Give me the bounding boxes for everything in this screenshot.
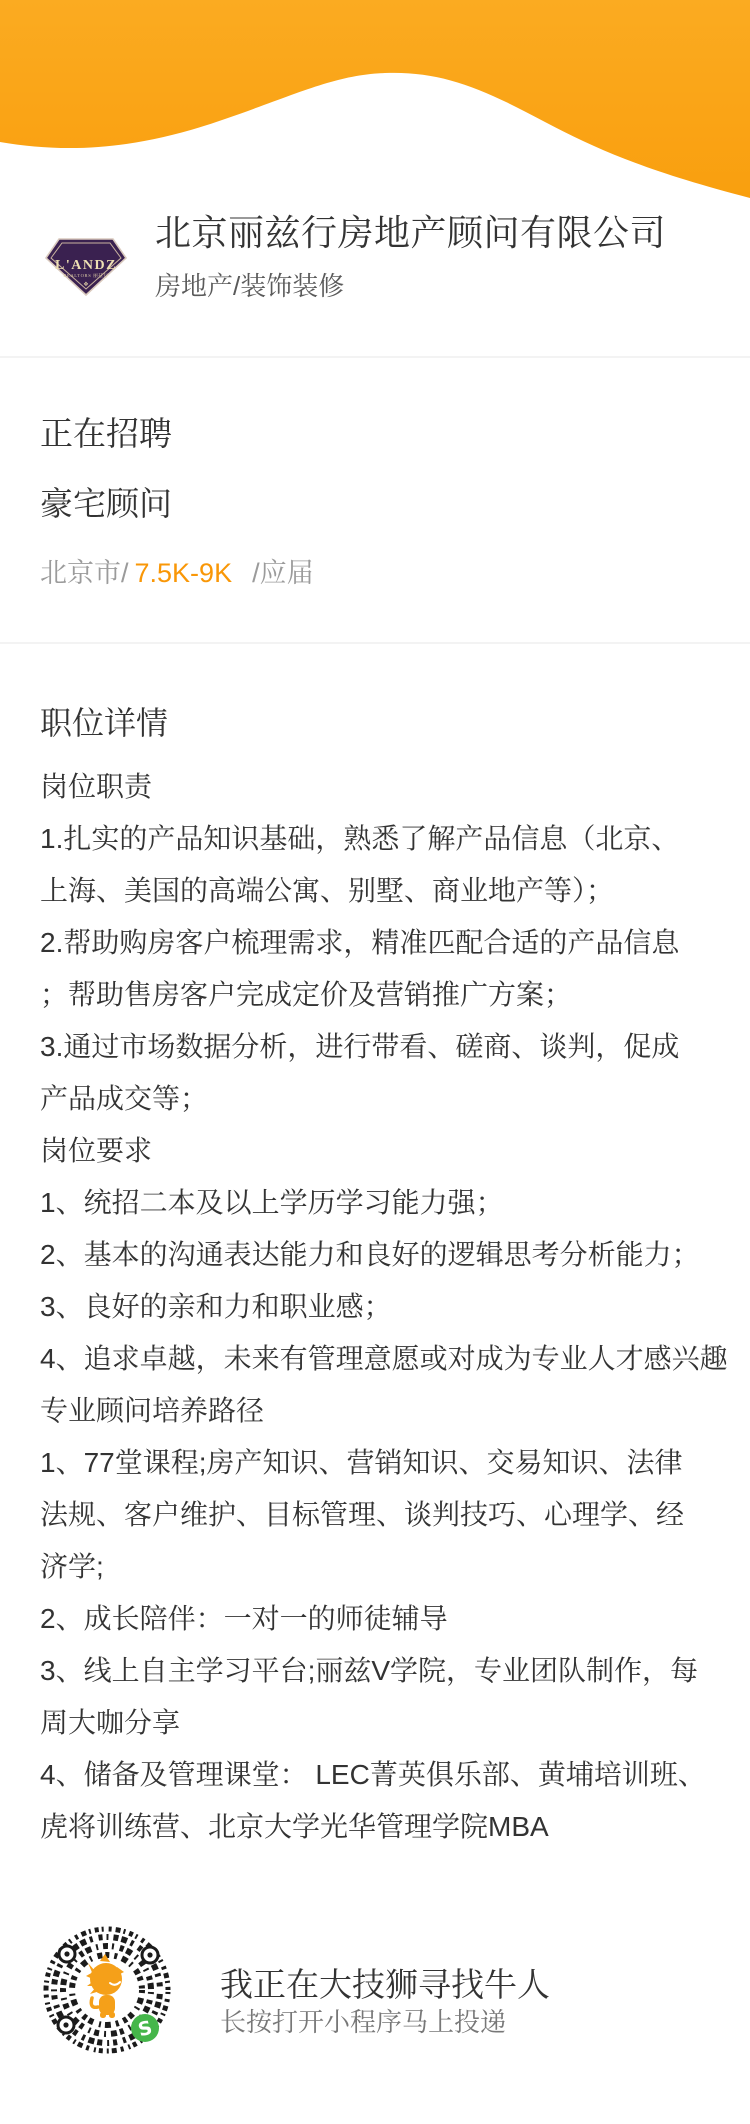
hiring-section-label: 正在招聘 — [40, 408, 172, 455]
section-divider — [0, 356, 750, 358]
wechat-miniprogram-qr-code[interactable]: S — [42, 1925, 172, 2055]
job-city: 北京市/ — [40, 558, 129, 588]
detail-line: 法规、客户维护、目标管理、谈判技巧、心理学、经 — [40, 1489, 745, 1541]
footer-title: 我正在大技狮寻找牛人 — [220, 1959, 550, 2006]
job-meta-line: 北京市/7.5K-9K/应届 — [40, 551, 314, 590]
job-title: 豪宅顾问 — [40, 478, 172, 525]
detail-line: 3.通过市场数据分析，进行带看、磋商、谈判，促成 — [40, 1021, 745, 1073]
job-grade: /应届 — [252, 558, 314, 588]
detail-line: 1.扎实的产品知识基础，熟悉了解产品信息（北京、 — [40, 813, 745, 865]
company-name: 北京丽兹行房地产顾问有限公司 — [155, 212, 715, 254]
detail-line: 岗位职责 — [40, 761, 745, 813]
company-logo: L'ANDZ REALTORS 丽兹行 ❖ — [45, 238, 127, 296]
detail-line: 3、线上自主学习平台;丽兹V学院，专业团队制作，每 — [40, 1645, 745, 1697]
footer-subtitle: 长按打开小程序马上投递 — [220, 2002, 506, 2039]
detail-line: 专业顾问培养路径 — [40, 1385, 745, 1437]
logo-tagline-text: REALTORS 丽兹行 — [63, 272, 108, 279]
detail-line: 1、77堂课程;房产知识、营销知识、交易知识、法律 — [40, 1437, 745, 1489]
detail-line: 产品成交等； — [40, 1073, 745, 1125]
detail-line: 济学; — [40, 1541, 745, 1593]
detail-line: 上海、美国的高端公寓、别墅、商业地产等）； — [40, 865, 745, 917]
job-posting-page: L'ANDZ REALTORS 丽兹行 ❖ 北京丽兹行房地产顾问有限公司 房地产… — [0, 0, 750, 2124]
wave-svg — [0, 0, 750, 210]
detail-line: ；帮助售房客户完成定价及营销推广方案； — [40, 969, 745, 1021]
company-category: 房地产/装饰装修 — [155, 271, 344, 301]
detail-line: 周大咖分享 — [40, 1697, 745, 1749]
landz-diamond-logo-icon: L'ANDZ REALTORS 丽兹行 ❖ — [45, 238, 127, 296]
detail-line: 虎将训练营、北京大学光华管理学院MBA — [40, 1801, 745, 1853]
details-body: 岗位职责1.扎实的产品知识基础，熟悉了解产品信息（北京、上海、美国的高端公寓、别… — [40, 761, 745, 1853]
section-divider — [0, 642, 750, 644]
detail-line: 4、储备及管理课堂： LEC菁英俱乐部、黄埔培训班、 — [40, 1749, 745, 1801]
header-wave-decoration — [0, 0, 750, 210]
miniprogram-badge-icon: S — [131, 2014, 159, 2042]
detail-line: 3、良好的亲和力和职业感； — [40, 1281, 745, 1333]
logo-brand-text: L'ANDZ — [55, 258, 117, 273]
detail-line: 2、基本的沟通表达能力和良好的逻辑思考分析能力； — [40, 1229, 745, 1281]
logo-ornament: ❖ — [83, 281, 88, 288]
detail-line: 2.帮助购房客户梳理需求，精准匹配合适的产品信息 — [40, 917, 745, 969]
detail-line: 岗位要求 — [40, 1125, 745, 1177]
detail-line: 4、追求卓越，未来有管理意愿或对成为专业人才感兴趣 — [40, 1333, 745, 1385]
details-heading: 职位详情 — [40, 698, 168, 744]
detail-line: 1、统招二本及以上学历学习能力强； — [40, 1177, 745, 1229]
qr-svg: S — [42, 1925, 172, 2055]
job-salary: 7.5K-9K — [135, 558, 233, 588]
detail-line: 2、成长陪伴：一对一的师徒辅导 — [40, 1593, 745, 1645]
